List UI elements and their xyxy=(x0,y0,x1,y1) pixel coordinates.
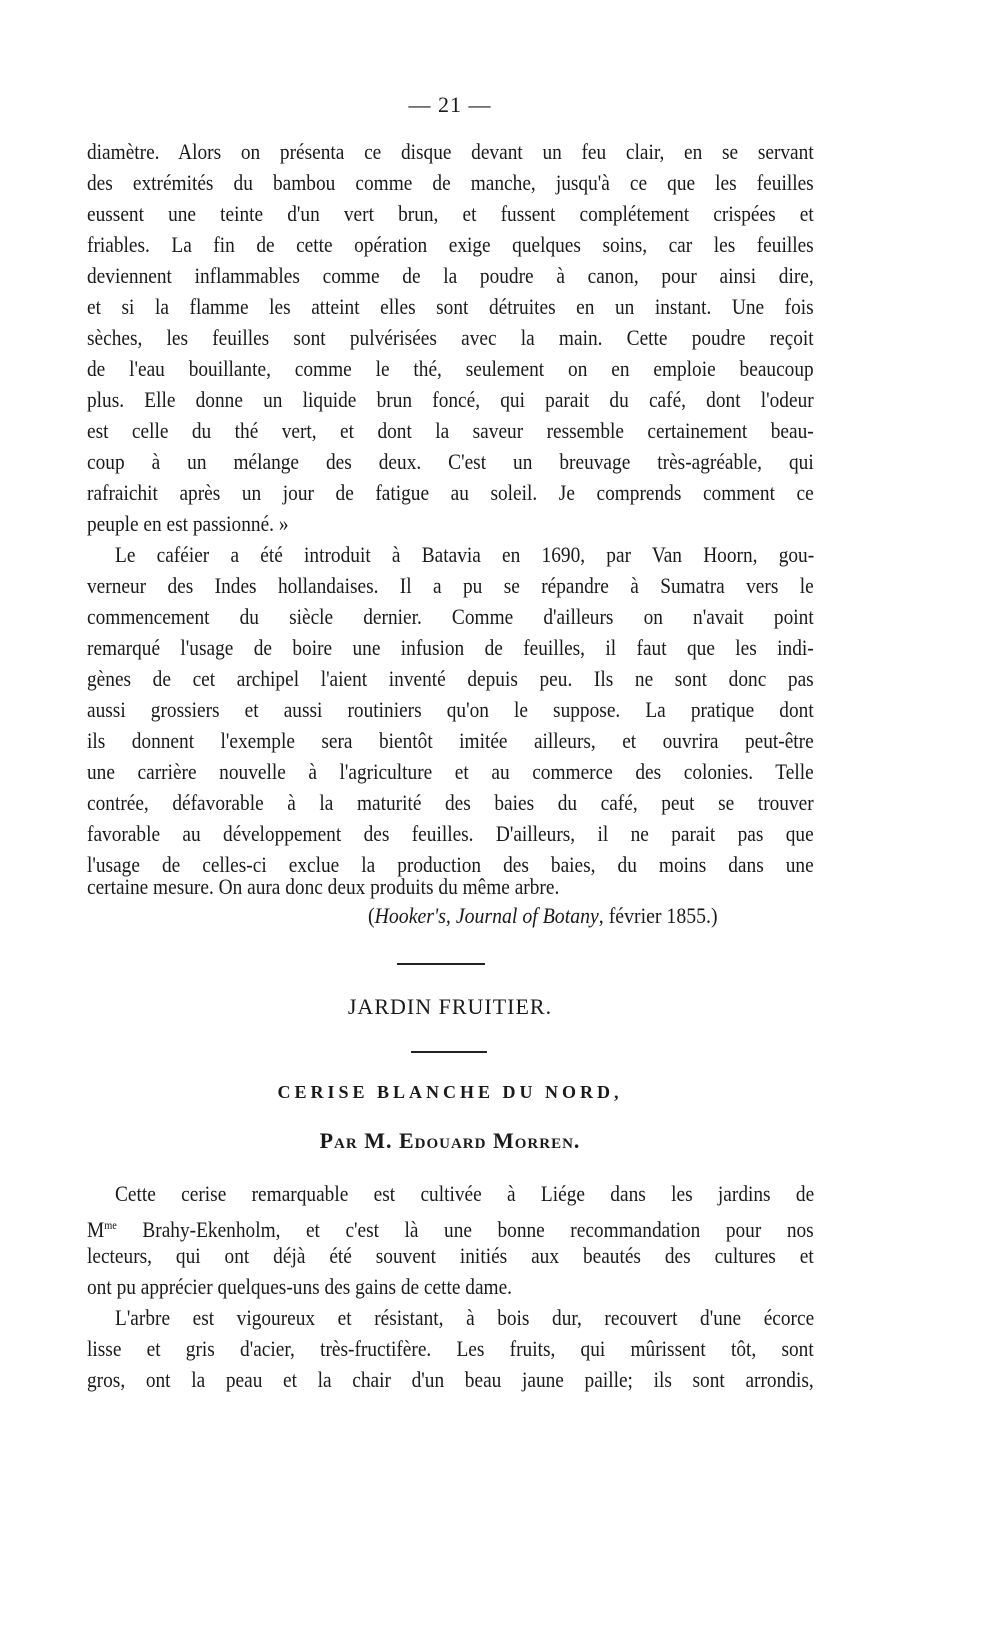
body-line: diamètre. Alors on présenta ce disque de… xyxy=(87,138,814,166)
article-line: lecteurs, qui ont déjà été souvent initi… xyxy=(87,1242,814,1270)
body-line: favorable au développement des feuilles.… xyxy=(87,820,814,848)
body-line: verneur des Indes hollandaises. Il a pu … xyxy=(87,572,814,600)
section-title: JARDIN FRUITIER. xyxy=(0,994,900,1020)
body-line: deviennent inflammables comme de la poud… xyxy=(87,262,814,290)
body-line: une carrière nouvelle à l'agriculture et… xyxy=(87,758,814,786)
article-line: L'arbre est vigoureux et résistant, à bo… xyxy=(115,1304,814,1332)
article-divider xyxy=(411,1051,487,1053)
citation-date: , février 1855.) xyxy=(599,903,718,928)
body-line: friables. La fin de cette opération exig… xyxy=(87,231,814,259)
article-line: Mme Brahy-Ekenholm, et c'est là une bonn… xyxy=(87,1211,814,1244)
article-byline: Par M. Edouard Morren. xyxy=(0,1128,900,1154)
body-line: ils donnent l'exemple sera bientôt imité… xyxy=(87,727,814,755)
scanned-page: — 21 — diamètre. Alors on présenta ce di… xyxy=(0,0,1000,1629)
body-line: eussent une teinte d'un vert brun, et fu… xyxy=(87,200,814,228)
body-line: est celle du thé vert, et dont la saveur… xyxy=(87,417,814,445)
body-line: commencement du siècle dernier. Comme d'… xyxy=(87,603,814,631)
body-line: sèches, les feuilles sont pulvérisées av… xyxy=(87,324,814,352)
section-divider xyxy=(397,963,485,965)
body-line: et si la flamme les atteint elles sont d… xyxy=(87,293,814,321)
citation-source: Hooker's, Journal of Botany xyxy=(375,903,599,928)
body-line: de l'eau bouillante, comme le thé, seule… xyxy=(87,355,814,383)
article-title: CERISE BLANCHE DU NORD, xyxy=(0,1082,900,1103)
body-line: gènes de cet archipel l'aient inventé de… xyxy=(87,665,814,693)
body-line: des extrémités du bambou comme de manche… xyxy=(87,169,814,197)
body-line: plus. Elle donne un liquide brun foncé, … xyxy=(87,386,814,414)
article-line: lisse et gris d'acier, très-fructifère. … xyxy=(87,1335,814,1363)
body-line: aussi grossiers et aussi routiniers qu'o… xyxy=(87,696,814,724)
body-line: peuple en est passionné. » xyxy=(87,510,814,538)
body-line: certaine mesure. On aura donc deux produ… xyxy=(87,873,814,901)
article-line-text: Brahy-Ekenholm, et c'est là une bonne re… xyxy=(142,1217,813,1242)
article-line: Cette cerise remarquable est cultivée à … xyxy=(115,1180,814,1208)
page-number: — 21 — xyxy=(0,92,900,118)
body-line: rafraichit après un jour de fatigue au s… xyxy=(87,479,814,507)
article-line: gros, ont la peau et la chair d'un beau … xyxy=(87,1366,814,1394)
body-line: coup à un mélange des deux. C'est un bre… xyxy=(87,448,814,476)
article-line: ont pu apprécier quelques-uns des gains … xyxy=(87,1273,814,1301)
honorific-superscript: me xyxy=(104,1218,117,1232)
citation: (Hooker's, Journal of Botany, février 18… xyxy=(368,903,718,929)
body-line: remarqué l'usage de boire une infusion d… xyxy=(87,634,814,662)
body-line: contrée, défavorable à la maturité des b… xyxy=(87,789,814,817)
honorific: M xyxy=(87,1217,104,1242)
body-line: Le caféier a été introduit à Batavia en … xyxy=(115,541,814,569)
